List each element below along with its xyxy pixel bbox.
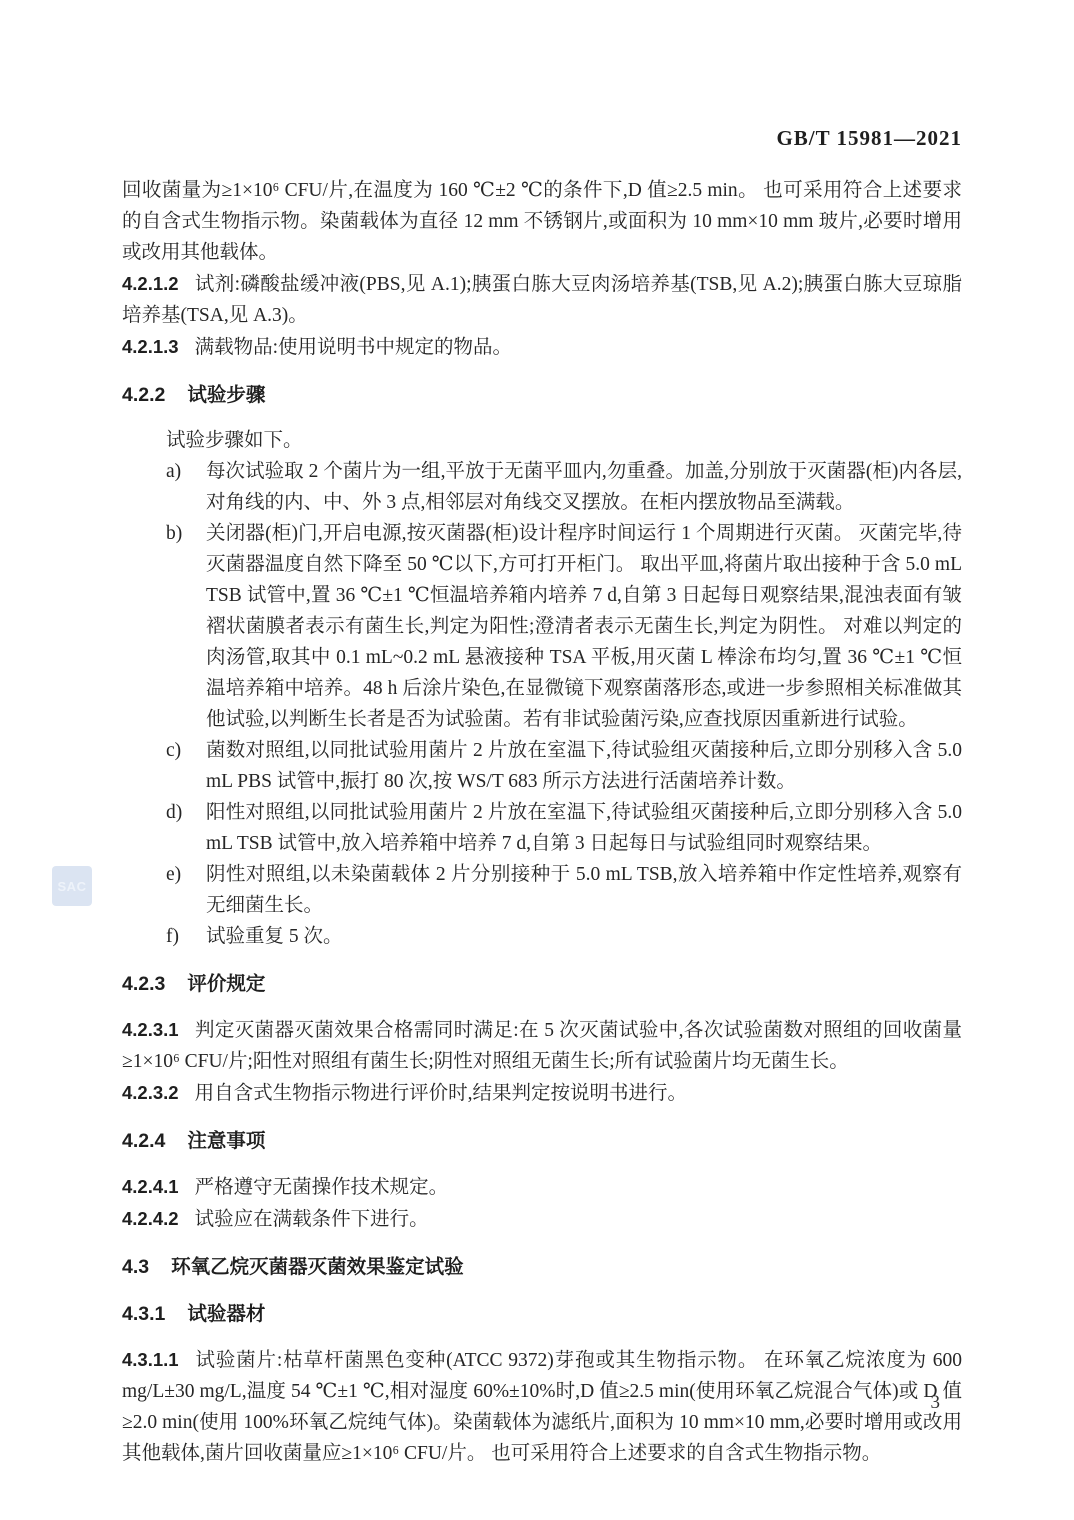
list-item-text: 菌数对照组,以同批试验用菌片 2 片放在室温下,待试验组灭菌接种后,立即分别移入… bbox=[206, 735, 962, 797]
clause-text: 判定灭菌器灭菌效果合格需同时满足:在 5 次灭菌试验中,各次试验菌数对照组的回收… bbox=[122, 1020, 962, 1072]
section-title: 试验步骤 bbox=[187, 384, 265, 406]
section-title: 试验器材 bbox=[187, 1303, 265, 1325]
page-number: 3 bbox=[931, 1392, 941, 1414]
sac-watermark-label: SAC bbox=[58, 879, 87, 894]
clause-text: 试剂:磷酸盐缓冲液(PBS,见 A.1);胰蛋白胨大豆肉汤培养基(TSB,见 A… bbox=[122, 274, 962, 326]
list-item-text: 阳性对照组,以同批试验用菌片 2 片放在室温下,待试验组灭菌接种后,立即分别移入… bbox=[206, 797, 962, 859]
clause-4232: 4.2.3.2用自含式生物指示物进行评价时,结果判定按说明书进行。 bbox=[122, 1077, 962, 1109]
list-item-label: d) bbox=[166, 797, 206, 828]
clause-number: 4.2.3.1 bbox=[122, 1019, 179, 1040]
clause-number: 4.2.1.3 bbox=[122, 336, 179, 357]
section-number: 4.2.3 bbox=[122, 973, 165, 995]
heading-424: 4.2.4注意事项 bbox=[122, 1126, 962, 1156]
clause-number: 4.2.4.2 bbox=[122, 1208, 179, 1229]
list-item-label: a) bbox=[166, 456, 206, 487]
clause-4212: 4.2.1.2试剂:磷酸盐缓冲液(PBS,见 A.1);胰蛋白胨大豆肉汤培养基(… bbox=[122, 268, 962, 331]
list-item-d: d)阳性对照组,以同批试验用菌片 2 片放在室温下,待试验组灭菌接种后,立即分别… bbox=[122, 797, 962, 859]
clause-text: 试验应在满载条件下进行。 bbox=[195, 1209, 429, 1230]
list-item-label: b) bbox=[166, 518, 206, 549]
heading-423: 4.2.3评价规定 bbox=[122, 969, 962, 999]
clause-text: 严格遵守无菌操作技术规定。 bbox=[195, 1177, 449, 1198]
list-item-e: e)阴性对照组,以未染菌载体 2 片分别接种于 5.0 mL TSB,放入培养箱… bbox=[122, 859, 962, 921]
clause-number: 4.2.3.2 bbox=[122, 1082, 179, 1103]
clause-text: 用自含式生物指示物进行评价时,结果判定按说明书进行。 bbox=[195, 1083, 687, 1104]
list-item-text: 试验重复 5 次。 bbox=[206, 921, 962, 952]
list-item-text: 关闭器(柜)门,开启电源,按灭菌器(柜)设计程序时间运行 1 个周期进行灭菌。 … bbox=[206, 518, 962, 735]
list-item-text: 阴性对照组,以未染菌载体 2 片分别接种于 5.0 mL TSB,放入培养箱中作… bbox=[206, 859, 962, 921]
clause-number: 4.2.4.1 bbox=[122, 1176, 179, 1197]
clause-4213: 4.2.1.3满载物品:使用说明书中规定的物品。 bbox=[122, 331, 962, 363]
section-title: 评价规定 bbox=[187, 973, 265, 995]
list-item-text: 每次试验取 2 个菌片为一组,平放于无菌平皿内,勿重叠。加盖,分别放于灭菌器(柜… bbox=[206, 456, 962, 518]
steps-intro: 试验步骤如下。 bbox=[122, 425, 962, 456]
standard-number: GB/T 15981—2021 bbox=[122, 126, 962, 151]
section-number: 4.2.2 bbox=[122, 384, 165, 406]
clause-4242: 4.2.4.2试验应在满载条件下进行。 bbox=[122, 1203, 962, 1235]
clause-number: 4.3.1.1 bbox=[122, 1349, 179, 1370]
page-content: GB/T 15981—2021 回收菌量为≥1×10⁶ CFU/片,在温度为 1… bbox=[122, 126, 962, 1469]
heading-422: 4.2.2试验步骤 bbox=[122, 380, 962, 410]
clause-text: 试验菌片:枯草杆菌黑色变种(ATCC 9372)芽孢或其生物指示物。 在环氧乙烷… bbox=[122, 1350, 962, 1464]
list-item-label: f) bbox=[166, 921, 206, 952]
clause-4241: 4.2.4.1严格遵守无菌操作技术规定。 bbox=[122, 1171, 962, 1203]
section-number: 4.3 bbox=[122, 1256, 149, 1278]
heading-431: 4.3.1试验器材 bbox=[122, 1299, 962, 1329]
heading-43: 4.3环氧乙烷灭菌器灭菌效果鉴定试验 bbox=[122, 1252, 962, 1282]
clause-4311: 4.3.1.1试验菌片:枯草杆菌黑色变种(ATCC 9372)芽孢或其生物指示物… bbox=[122, 1344, 962, 1469]
list-item-c: c)菌数对照组,以同批试验用菌片 2 片放在室温下,待试验组灭菌接种后,立即分别… bbox=[122, 735, 962, 797]
section-number: 4.2.4 bbox=[122, 1130, 165, 1152]
continuation-paragraph: 回收菌量为≥1×10⁶ CFU/片,在温度为 160 ℃±2 ℃的条件下,D 值… bbox=[122, 175, 962, 268]
sac-watermark-badge: SAC bbox=[52, 866, 92, 906]
clause-number: 4.2.1.2 bbox=[122, 273, 179, 294]
document-page: SAC GB/T 15981—2021 回收菌量为≥1×10⁶ CFU/片,在温… bbox=[0, 0, 1074, 1520]
clause-text: 满载物品:使用说明书中规定的物品。 bbox=[195, 337, 512, 358]
list-item-a: a)每次试验取 2 个菌片为一组,平放于无菌平皿内,勿重叠。加盖,分别放于灭菌器… bbox=[122, 456, 962, 518]
list-item-label: e) bbox=[166, 859, 206, 890]
section-title: 注意事项 bbox=[187, 1130, 265, 1152]
section-title: 环氧乙烷灭菌器灭菌效果鉴定试验 bbox=[171, 1256, 464, 1278]
list-item-b: b)关闭器(柜)门,开启电源,按灭菌器(柜)设计程序时间运行 1 个周期进行灭菌… bbox=[122, 518, 962, 735]
section-number: 4.3.1 bbox=[122, 1303, 165, 1325]
list-item-label: c) bbox=[166, 735, 206, 766]
clause-4231: 4.2.3.1判定灭菌器灭菌效果合格需同时满足:在 5 次灭菌试验中,各次试验菌… bbox=[122, 1014, 962, 1077]
list-item-f: f)试验重复 5 次。 bbox=[122, 921, 962, 952]
procedure-list: a)每次试验取 2 个菌片为一组,平放于无菌平皿内,勿重叠。加盖,分别放于灭菌器… bbox=[122, 456, 962, 952]
